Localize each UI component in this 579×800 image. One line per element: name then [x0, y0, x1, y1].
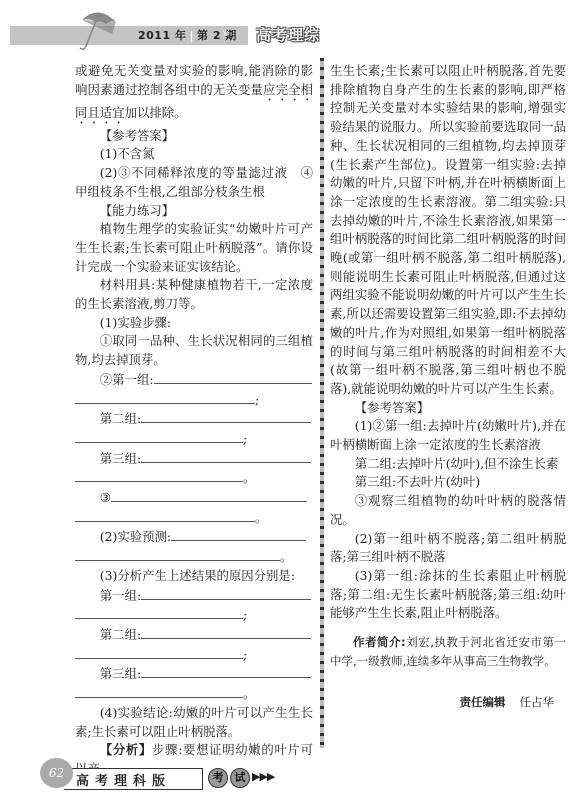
- analysis-group-2: 第二组:: [75, 625, 313, 645]
- prediction: (2)实验预测:: [75, 527, 313, 547]
- answer-blank[interactable]: [154, 370, 312, 384]
- issue-year: 2011 年: [138, 29, 186, 42]
- answer-blank[interactable]: [141, 625, 311, 639]
- answer-blank[interactable]: [75, 684, 243, 698]
- blank-line: 。: [75, 547, 313, 567]
- answer-blank[interactable]: [141, 664, 311, 678]
- badge-shi: 试: [230, 768, 250, 788]
- page-number: 62: [40, 758, 73, 788]
- issue-number: 第 2 期: [197, 29, 237, 42]
- answer-blank[interactable]: [75, 605, 243, 619]
- answer-blank[interactable]: [75, 468, 243, 482]
- answer-blank[interactable]: [75, 547, 280, 561]
- step-2-group-1: ②第一组:: [75, 370, 313, 390]
- blank-line: ;: [75, 429, 313, 449]
- blank-line: 。: [75, 508, 313, 528]
- badge-kao: 考: [208, 768, 228, 788]
- arrows-icon: ▶▶▶: [252, 770, 274, 783]
- answer-blank[interactable]: [75, 390, 255, 404]
- answer-blank[interactable]: [75, 645, 243, 659]
- author-bio: 作者简介:刘宏,执教于河北省迁安市第一中学,一级教师,连续多年从事高三生物教学。: [330, 633, 566, 671]
- answer-blank[interactable]: [75, 508, 255, 522]
- blank-line: ;: [75, 645, 313, 665]
- answer-1: (1)不含氮: [75, 145, 313, 164]
- section-title: 高考理综: [256, 24, 320, 45]
- column-divider: [320, 58, 324, 748]
- answer-2: (2)③不同稀释浓度的等量滤过液 ④甲组枝条不生根,乙组部分枝条生根: [75, 164, 313, 201]
- answer-blank[interactable]: [171, 527, 306, 541]
- blank-line: 。: [75, 468, 313, 488]
- answer-group-3: 第三组:不去叶片(幼叶): [330, 473, 566, 492]
- separator: |: [189, 29, 194, 42]
- answer-group-1: (1)②第一组:去掉叶片(幼嫩叶片),并在叶柄横断面上涂一定浓度的生长素溶液: [330, 417, 566, 454]
- step-3: ③: [75, 488, 313, 508]
- group-2: 第二组:: [75, 409, 313, 429]
- answer-blank[interactable]: [141, 449, 311, 463]
- analysis-question: (3)分析产生上述结果的原因分别是:: [75, 567, 313, 586]
- answer-blank[interactable]: [111, 488, 307, 502]
- page-footer: 62 高考理科版 考 试 ▶▶▶: [40, 758, 280, 794]
- answer-blank[interactable]: [141, 409, 311, 423]
- left-column: 或避免无关变量对实验的影响,能消除的影响因素通过控制各组中的无关变量应完全相同且…: [75, 62, 313, 779]
- blank-line: ;: [75, 390, 313, 410]
- blank-line: 。: [75, 684, 313, 704]
- answer-blank[interactable]: [75, 429, 243, 443]
- answer-analysis: (3)第一组:涂抹的生长素阻止叶柄脱落;第二组:无生长素叶柄脱落;第三组:幼叶能…: [330, 567, 566, 623]
- editor-credit: 责任编辑任占华: [330, 693, 566, 712]
- right-column: 生生长素;生长素可以阻止叶柄脱落,首先要排除植物自身产生的生长素的影响,即严格控…: [330, 62, 566, 712]
- umbrella-icon: [72, 8, 124, 52]
- intro-text: 或避免无关变量对实验的影响,能消除的影响因素通过控制各组中的无关变量应完全相同且…: [75, 62, 313, 127]
- step-1: ①取同一品种、生长状况相同的三组植物,均去掉顶芽。: [75, 332, 313, 369]
- conclusion: (4)实验结论:幼嫩的叶片可以产生生长素;生长素可以阻止叶柄脱落。: [75, 704, 313, 741]
- group-3: 第三组:: [75, 449, 313, 469]
- answer-group-2: 第二组:去掉叶片(幼叶),但不涂生长素: [330, 455, 566, 474]
- materials: 材料用具:某种健康植物若干,一定浓度的生长素溶液,剪刀等。: [75, 276, 313, 313]
- practice-heading: 【能力练习】: [75, 202, 313, 221]
- magazine-name: 高考理科版: [76, 770, 171, 789]
- answer-prediction: (2)第一组叶柄不脱落;第二组叶柄脱落;第三组叶柄不脱落: [330, 530, 566, 567]
- step-heading: (1)实验步骤:: [75, 314, 313, 333]
- ref-answer-heading: 【参考答案】: [75, 127, 313, 146]
- ref-answer-heading-2: 【参考答案】: [330, 399, 566, 418]
- answer-step-3: ③观察三组植物的幼叶叶柄的脱落情况。: [330, 492, 566, 529]
- blank-line: ;: [75, 605, 313, 625]
- analysis-group-3: 第三组:: [75, 664, 313, 684]
- analysis-group-1: ②第一组:第一组:: [75, 586, 313, 606]
- analysis-continued: 生生长素;生长素可以阻止叶柄脱落,首先要排除植物自身产生的生长素的影响,即严格控…: [330, 62, 566, 399]
- answer-blank[interactable]: [141, 586, 311, 600]
- chevrons-icon: ›››: [222, 26, 227, 40]
- practice-intro: 植物生理学的实验证实“幼嫩叶片可产生生长素;生长素可阻止叶柄脱落”。请你设计完成…: [75, 220, 313, 276]
